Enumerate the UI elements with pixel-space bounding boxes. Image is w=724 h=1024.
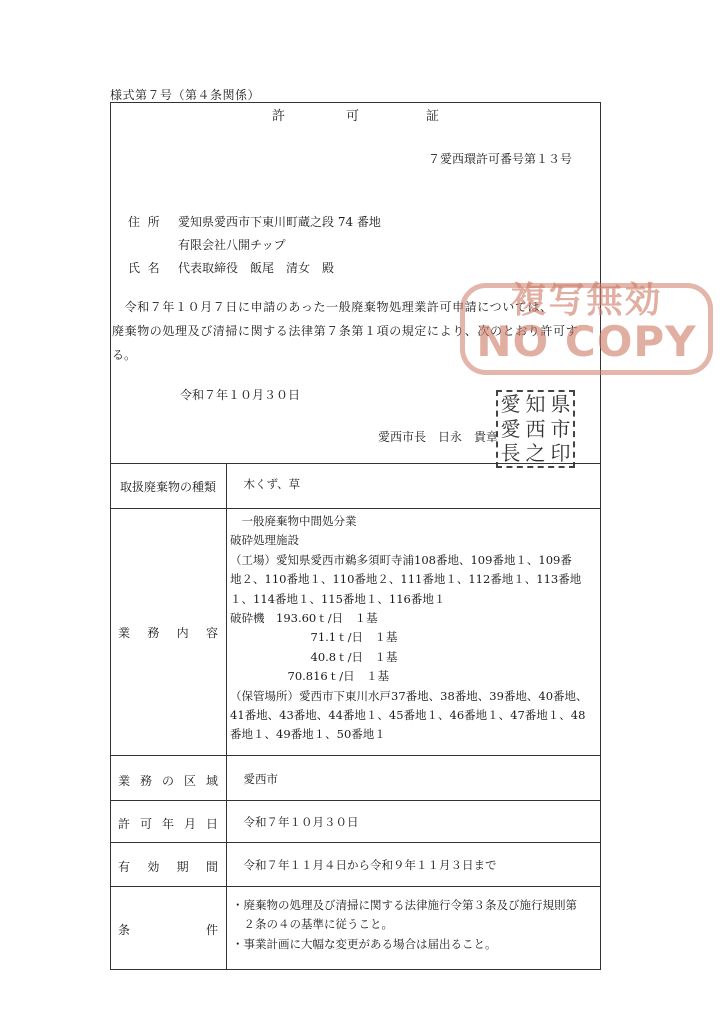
content-line: （工場）愛知県愛西市鵜多須町寺浦108番地、109番地１、109番 (230, 551, 588, 570)
representative-name: 代表取締役 飯尾 清女 殿 (178, 259, 334, 276)
body-line-1: 令和７年１０月７日に申請のあった一般廃棄物処理業許可申請については、 (112, 298, 553, 315)
seal-char: 愛 (498, 392, 523, 417)
name-label: 氏 名 (128, 259, 160, 276)
seal-char: 西 (523, 417, 548, 442)
label-validity-period: 有効期間 (112, 858, 224, 875)
content-line: 70.816ｔ/日 １基 (230, 667, 588, 686)
seal-char: 知 (523, 392, 548, 417)
title-char-3: 証 (426, 105, 439, 124)
value-business-area: 愛西市 (232, 770, 278, 789)
body-line-3: る。 (112, 346, 136, 363)
permit-number: ７愛西環許可番号第１３号 (428, 150, 572, 167)
row-divider (110, 755, 601, 756)
row-divider (110, 886, 601, 887)
content-line: 破砕機 193.60ｔ/日 １基 (230, 609, 588, 628)
content-line: 41番地、43番地、44番地１、45番地１、46番地１、47番地１、48 (230, 706, 588, 725)
value-permit-date: 令和７年１０月３０日 (232, 813, 359, 832)
content-line: １、114番地１、115番地１、116番地１ (230, 590, 588, 609)
seal-char: 県 (548, 392, 573, 417)
label-column-divider (226, 463, 227, 970)
content-line: 一般廃棄物中間処分業 (230, 512, 588, 531)
content-line: 地２、110番地１、110番地２、111番地１、112番地１、113番地 (230, 570, 588, 589)
title-char-2: 可 (346, 105, 359, 124)
label-waste-type: 取扱廃棄物の種類 (112, 478, 224, 495)
content-line: （保管場所）愛西市下東川水戸37番地、38番地、39番地、40番地、 (230, 687, 588, 706)
body-line-2: 廃棄物の処理及び清掃に関する法律第７条第１項の規定により、次のとおり許可す (112, 322, 578, 339)
label-permit-date: 許可年月日 (112, 815, 224, 832)
address-label: 住 所 (128, 213, 160, 230)
content-line: 40.8ｔ/日 １基 (230, 648, 588, 667)
value-business-content: 一般廃棄物中間処分業 破砕処理施設 （工場）愛知県愛西市鵜多須町寺浦108番地、… (230, 512, 588, 745)
row-divider (110, 508, 601, 509)
value-validity-period: 令和７年１１月４日から令和９年１１月３日まで (232, 856, 497, 875)
label-business-area: 業務の区域 (112, 772, 224, 789)
form-label: 様式第７号（第４条関係） (110, 86, 260, 103)
issue-date: 令和７年１０月３０日 (180, 386, 300, 403)
condition-line: ・廃棄物の処理及び清掃に関する法律施行令第３条及び施行規則第 (232, 896, 577, 915)
company-name: 有限会社八開チップ (178, 236, 286, 253)
seal-char: 市 (548, 417, 573, 442)
seal-char: 愛 (498, 417, 523, 442)
address: 愛知県愛西市下東川町蔵之段 74 番地 (178, 213, 381, 230)
row-divider (110, 842, 601, 843)
condition-line: ２条の４の基準に従うこと。 (232, 915, 577, 934)
label-conditions: 条件 (112, 921, 224, 938)
label-business-content: 業務内容 (112, 624, 224, 641)
title-char-1: 許 (272, 105, 285, 124)
content-line: 番地１、49番地１、50番地１ (230, 725, 588, 744)
official-seal: 愛 知 県 愛 西 市 長 之 印 (496, 390, 575, 468)
condition-line: ・事業計画に大幅な変更がある場合は届出ること。 (232, 935, 577, 954)
issuer: 愛西市長 日永 貴章 (378, 428, 498, 445)
value-conditions: ・廃棄物の処理及び清掃に関する法律施行令第３条及び施行規則第 ２条の４の基準に従… (232, 896, 577, 954)
content-line: 71.1ｔ/日 １基 (230, 628, 588, 647)
row-divider (110, 800, 601, 801)
value-waste-type: 木くず、草 (232, 475, 300, 494)
content-line: 破砕処理施設 (230, 531, 588, 550)
table-top-border (110, 463, 601, 464)
